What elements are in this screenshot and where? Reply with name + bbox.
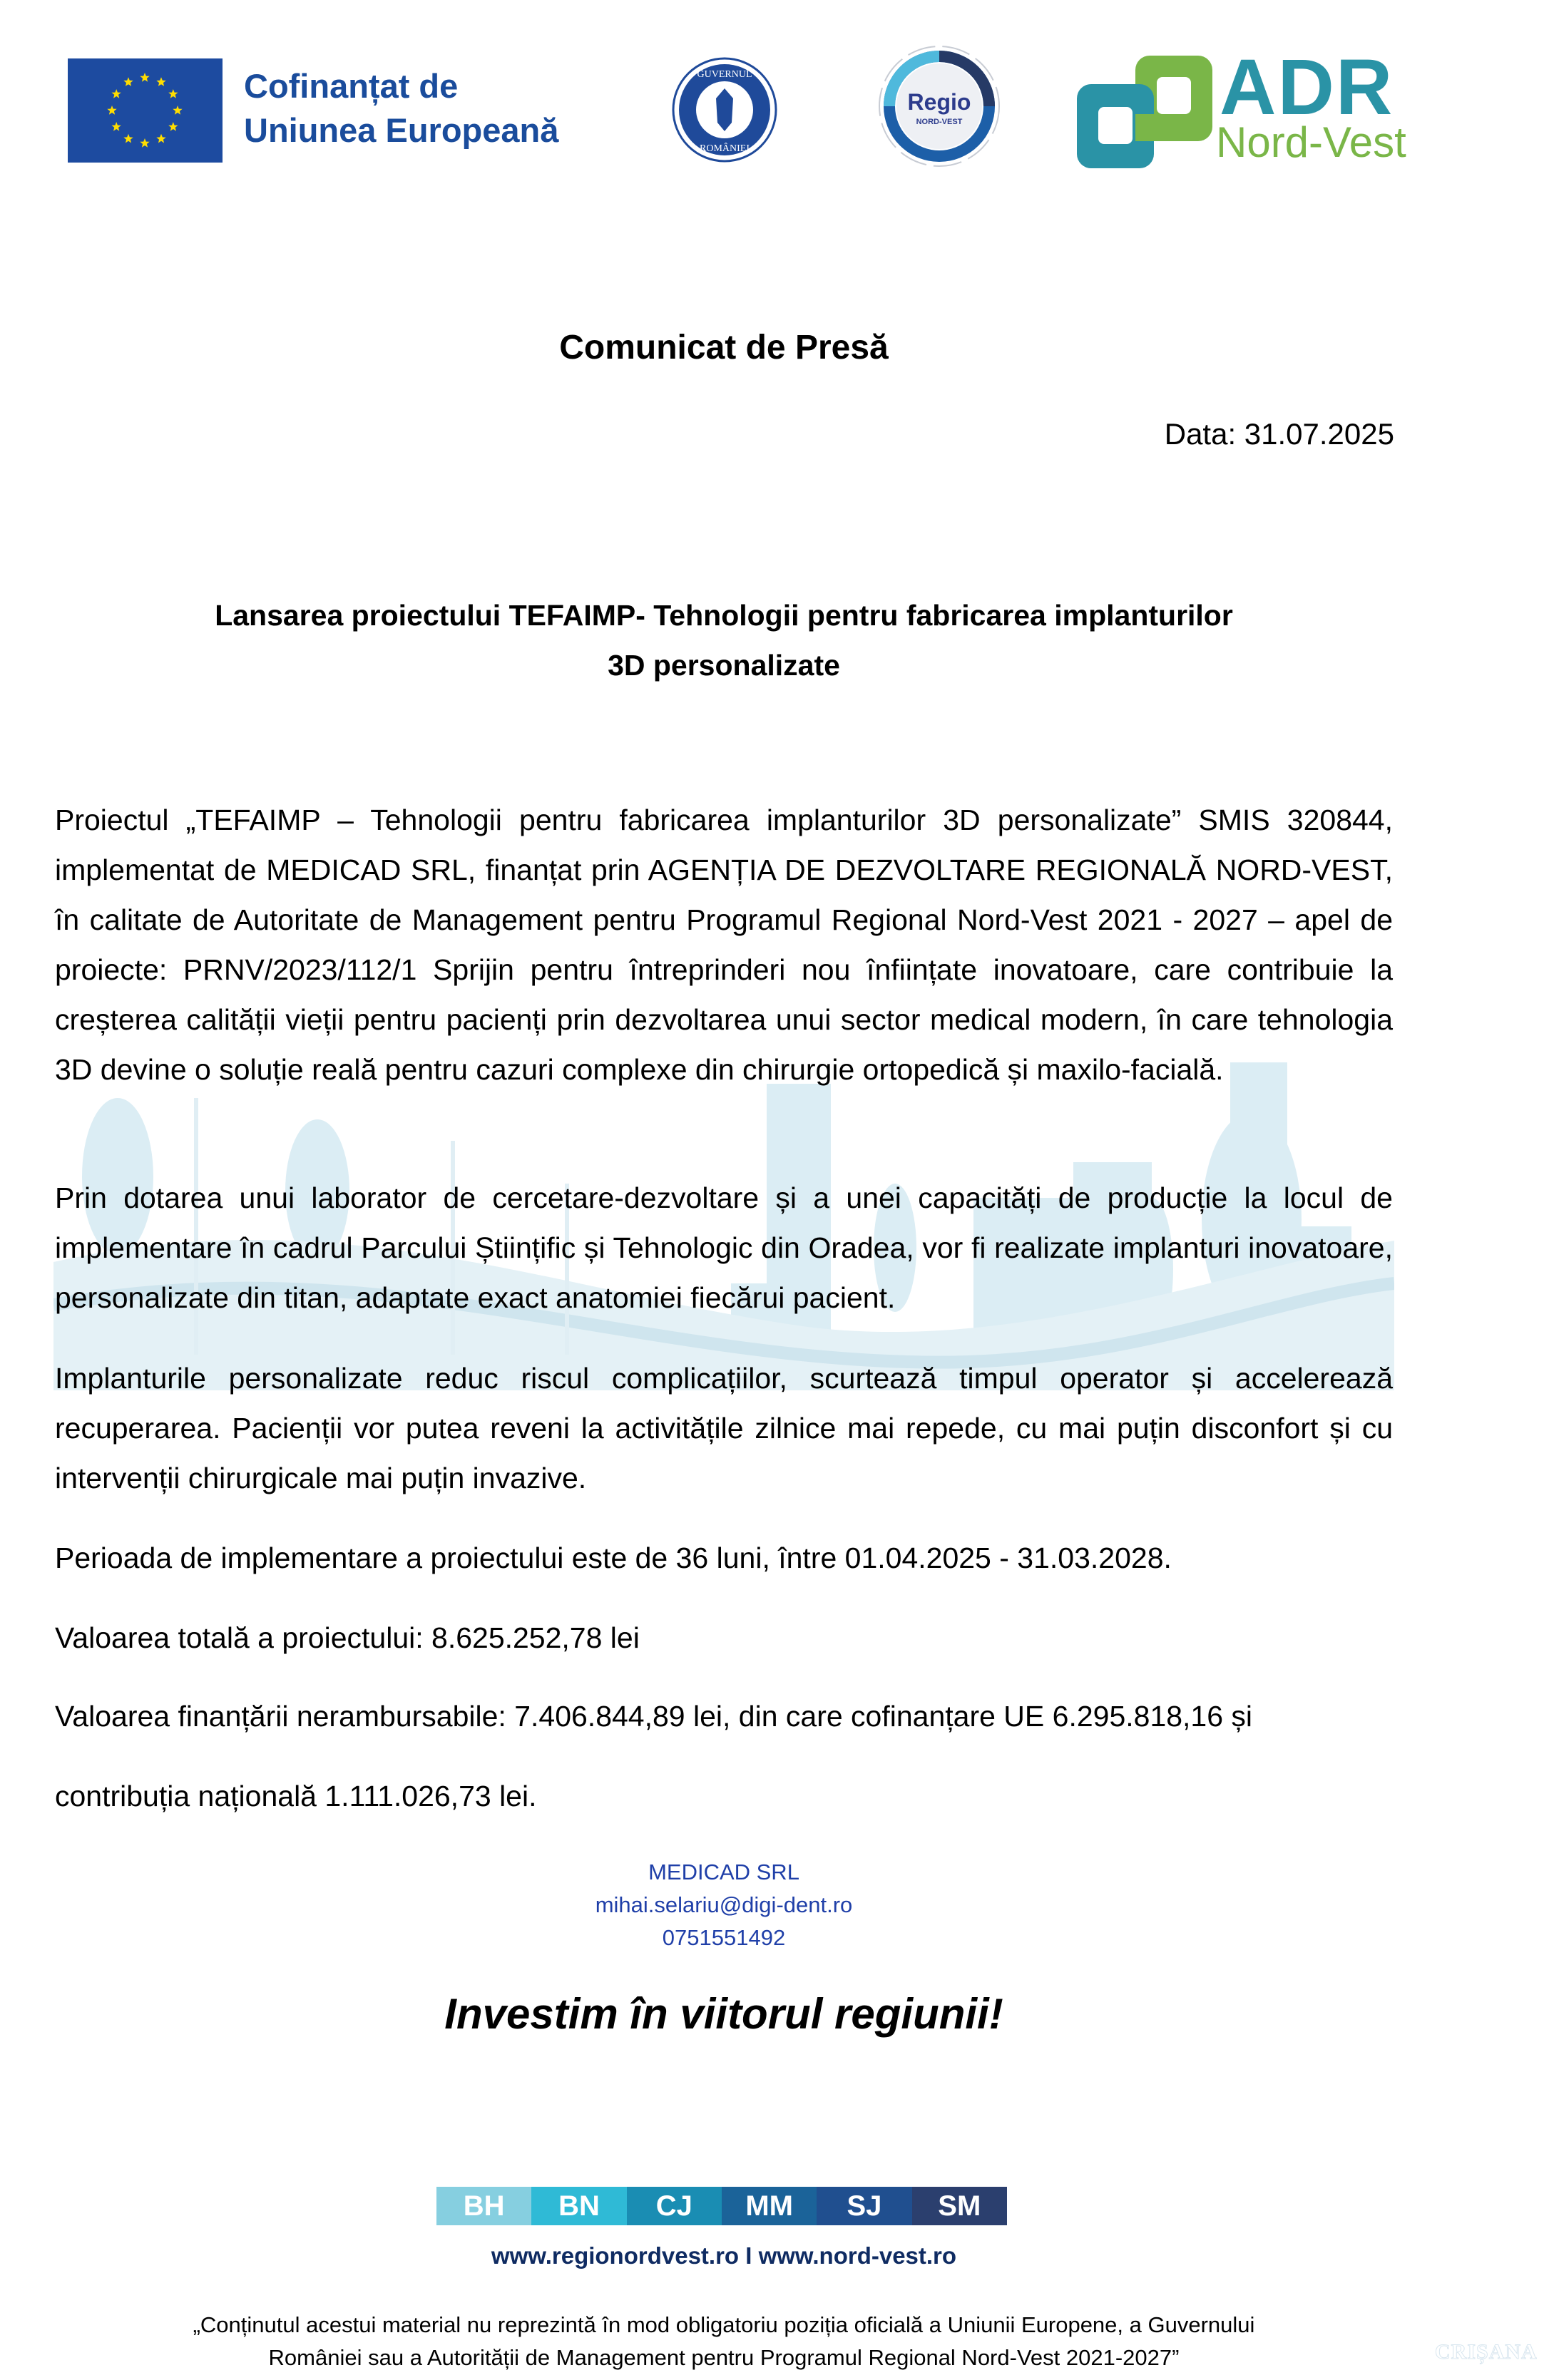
svg-text:GUVERNUL: GUVERNUL xyxy=(697,69,752,80)
website-links[interactable]: www.regionordvest.ro I www.nord-vest.ro xyxy=(0,2242,1448,2269)
page-title: Comunicat de Presă xyxy=(0,328,1448,367)
headline: Lansarea proiectului TEFAIMP- Tehnologii… xyxy=(143,590,1305,690)
disclaimer: „Conținutul acestui material nu reprezin… xyxy=(100,2309,1348,2374)
eu-text-line2: Uniunea Europeană xyxy=(244,108,558,153)
county-sm: SM xyxy=(912,2187,1007,2225)
county-mm: MM xyxy=(722,2187,817,2225)
headline-line1: Lansarea proiectului TEFAIMP- Tehnologii… xyxy=(143,590,1305,640)
paragraph-benefits: Implanturile personalizate reduc riscul … xyxy=(55,1353,1393,1503)
eu-stars-icon xyxy=(68,58,223,163)
regio-nord-vest-logo: Regio NORD-VEST xyxy=(877,44,1002,169)
county-bn: BN xyxy=(531,2187,626,2225)
slogan: Investim în viitorul regiunii! xyxy=(0,1989,1448,2038)
contact-phone: 0751551492 xyxy=(0,1922,1448,1954)
paragraph-project-intro: Proiectul „TEFAIMP – Tehnologii pentru f… xyxy=(55,795,1393,1094)
disclaimer-line2: României sau a Autorității de Management… xyxy=(100,2341,1348,2374)
county-bh: BH xyxy=(436,2187,531,2225)
disclaimer-line1: „Conținutul acestui material nu reprezin… xyxy=(100,2309,1348,2341)
adr-logo-subtext: Nord-Vest xyxy=(1216,118,1406,168)
eu-text-line1: Cofinanțat de xyxy=(244,64,558,108)
contact-email-link[interactable]: mihai.selariu@digi-dent.ro xyxy=(0,1889,1448,1922)
contact-company: MEDICAD SRL xyxy=(0,1856,1448,1889)
romanian-government-seal: GUVERNUL ROMÂNIEI xyxy=(672,57,777,163)
paragraph-period: Perioada de implementare a proiectului e… xyxy=(55,1533,1172,1583)
watermark: CRIȘANA xyxy=(1435,2340,1538,2364)
svg-text:NORD-VEST: NORD-VEST xyxy=(916,118,963,126)
adr-logo-text: ADR xyxy=(1220,48,1394,127)
paragraph-total-value: Valoarea totală a proiectului: 8.625.252… xyxy=(55,1613,640,1663)
svg-text:ROMÂNIEI: ROMÂNIEI xyxy=(700,142,750,154)
paragraph-funding-value: Valoarea finanțării nerambursabile: 7.40… xyxy=(55,1691,1252,1741)
svg-text:Regio: Regio xyxy=(908,89,971,115)
eu-flag-logo xyxy=(68,58,223,163)
document-date: Data: 31.07.2025 xyxy=(1165,417,1394,451)
county-cj: CJ xyxy=(627,2187,722,2225)
county-sj: SJ xyxy=(817,2187,911,2225)
county-strip: BHBNCJMMSJSM xyxy=(436,2187,1007,2225)
paragraph-national-contribution: contribuția națională 1.111.026,73 lei. xyxy=(55,1771,536,1821)
eu-cofinancing-text: Cofinanțat de Uniunea Europeană xyxy=(244,64,558,153)
headline-line2: 3D personalizate xyxy=(143,640,1305,690)
paragraph-laboratory: Prin dotarea unui laborator de cercetare… xyxy=(55,1173,1393,1323)
